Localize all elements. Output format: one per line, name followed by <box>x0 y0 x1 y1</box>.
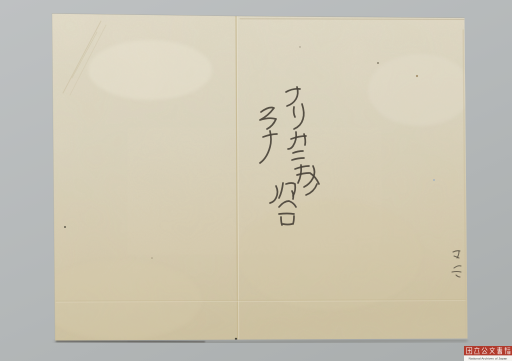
stamp-en-text: National Archives of Japan <box>469 357 508 361</box>
top-edge-lip-line <box>240 19 464 20</box>
document-scan: National Archives of Japan <box>0 0 512 361</box>
brush-stroke <box>293 216 294 224</box>
bottom-edge-dark-line <box>56 341 205 342</box>
paper-shadow <box>55 340 468 342</box>
archives-stamp: National Archives of Japan <box>464 346 512 361</box>
brush-stroke <box>279 214 294 215</box>
scanner-background: National Archives of Japan <box>0 0 512 361</box>
brush-stroke <box>283 224 292 225</box>
brush-stroke <box>452 272 461 273</box>
brush-stroke <box>281 217 282 225</box>
